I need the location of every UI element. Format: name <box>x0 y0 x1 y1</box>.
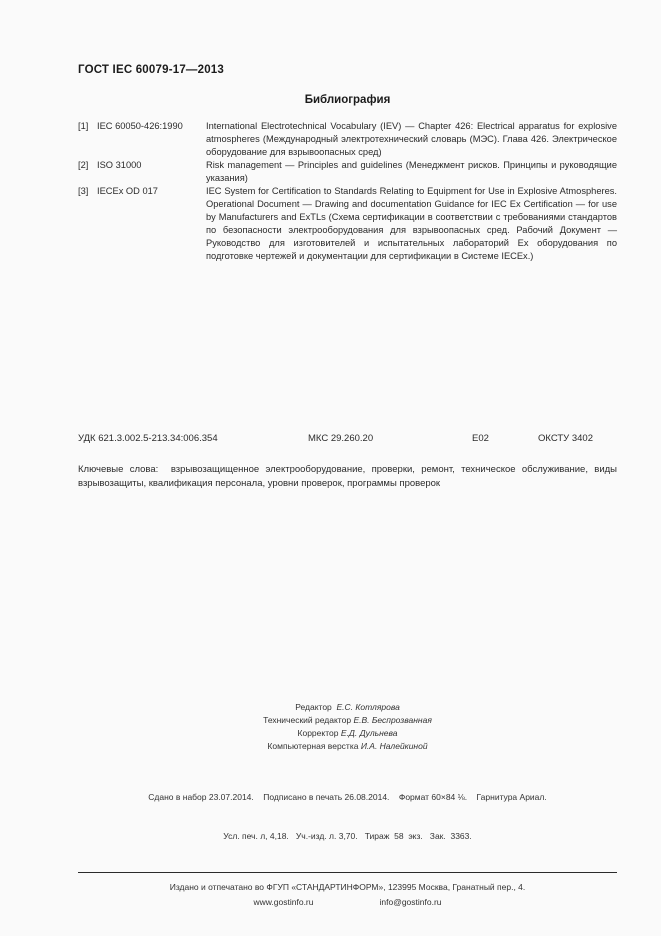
staff-line: Редактор Е.С. Котлярова <box>78 701 617 714</box>
bibliography-entry: [3] IECEx OD 017 IEC System for Certific… <box>78 185 617 263</box>
bibliography-ref-number: [1] <box>78 120 97 159</box>
bibliography-standard-code: ISO 31000 <box>97 159 206 185</box>
staff-role: Технический редактор <box>263 715 351 725</box>
bibliography-entry: [1] IEC 60050-426:1990 International Ele… <box>78 120 617 159</box>
publisher-address: Издано и отпечатано во ФГУП «СТАНДАРТИНФ… <box>78 880 617 895</box>
production-line-2: Усл. печ. л, 4,18. Уч.-изд. л. 3,70. Тир… <box>78 830 617 843</box>
udk-code: УДК 621.3.002.5-213.34:006.354 <box>78 433 218 444</box>
staff-name: Е.Д. Дульнева <box>341 728 398 738</box>
publisher-block: Издано и отпечатано во ФГУП «СТАНДАРТИНФ… <box>78 880 617 910</box>
okstu-code: ОКСТУ 3402 <box>538 433 593 444</box>
document-page: ГОСТ IEC 60079-17—2013 Библиография [1] … <box>0 0 661 910</box>
publisher-website: www.gostinfo.ru <box>253 895 313 910</box>
staff-line: Компьютерная верстка И.А. Налейкиной <box>78 740 617 753</box>
publisher-email: info@gostinfo.ru <box>379 895 441 910</box>
e-code: Е02 <box>472 433 489 444</box>
page-title: Библиография <box>78 94 617 106</box>
document-code-header: ГОСТ IEC 60079-17—2013 <box>78 64 617 76</box>
staff-name: И.А. Налейкиной <box>361 741 428 751</box>
bibliography-ref-number: [3] <box>78 185 97 263</box>
classification-codes-row: УДК 621.3.002.5-213.34:006.354 МКС 29.26… <box>78 433 617 446</box>
mks-code: МКС 29.260.20 <box>308 433 373 444</box>
editorial-staff-block: Редактор Е.С. Котлярова Технический реда… <box>78 701 617 753</box>
staff-role: Компьютерная верстка <box>267 741 358 751</box>
print-production-info: Сдано в набор 23.07.2014. Подписано в пе… <box>78 765 617 869</box>
bibliography-description: IEC System for Certification to Standard… <box>206 185 617 263</box>
bibliography-entry: [2] ISO 31000 Risk management — Principl… <box>78 159 617 185</box>
staff-role: Редактор <box>295 702 332 712</box>
production-line-1: Сдано в набор 23.07.2014. Подписано в пе… <box>78 791 617 804</box>
bibliography-standard-code: IECEx OD 017 <box>97 185 206 263</box>
keywords-text: взрывозащищенное электрооборудование, пр… <box>78 464 617 489</box>
keywords-paragraph: Ключевые слова: взрывозащищенное электро… <box>78 463 617 490</box>
bibliography-description: Risk management — Principles and guideli… <box>206 159 617 185</box>
bibliography-standard-code: IEC 60050-426:1990 <box>97 120 206 159</box>
staff-name: Е.В. Беспрозванная <box>353 715 431 725</box>
bibliography-description: International Electrotechnical Vocabular… <box>206 120 617 159</box>
staff-line: Корректор Е.Д. Дульнева <box>78 727 617 740</box>
staff-name: Е.С. Котлярова <box>337 702 400 712</box>
bibliography-ref-number: [2] <box>78 159 97 185</box>
publisher-contacts: www.gostinfo.ru info@gostinfo.ru <box>78 895 617 910</box>
footer-divider <box>78 872 617 873</box>
staff-role: Корректор <box>298 728 339 738</box>
bibliography-list: [1] IEC 60050-426:1990 International Ele… <box>78 120 617 263</box>
keywords-label: Ключевые слова: <box>78 464 158 475</box>
staff-line: Технический редактор Е.В. Беспрозванная <box>78 714 617 727</box>
